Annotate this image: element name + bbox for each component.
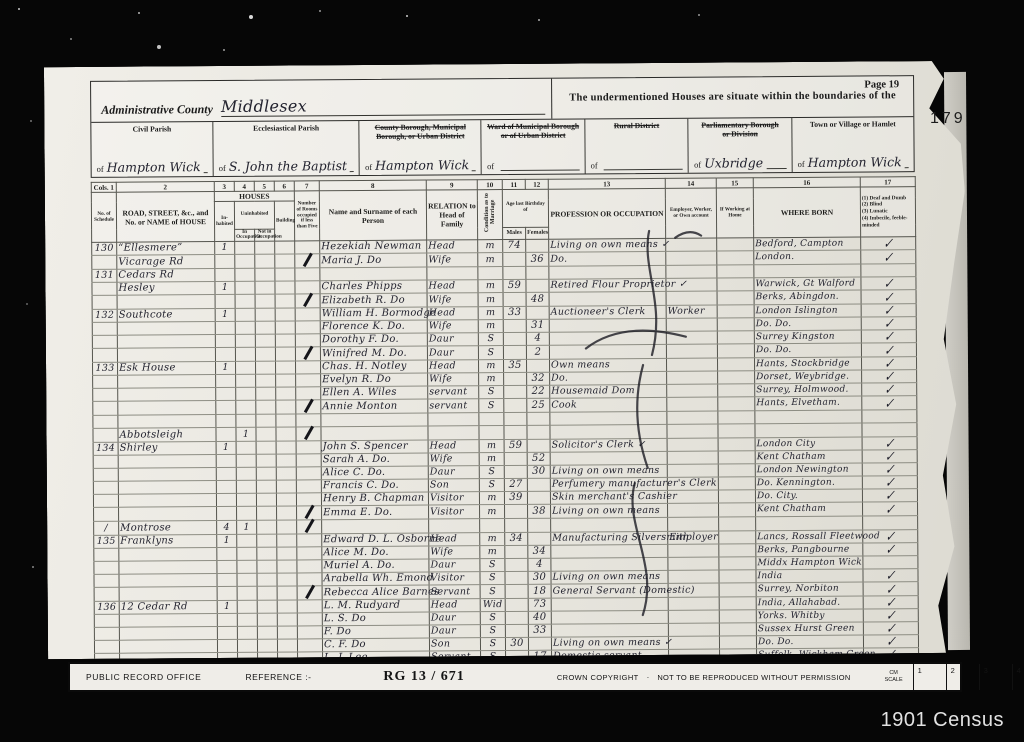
cell-m	[504, 425, 527, 439]
cell-un_occ	[237, 639, 257, 652]
cell-m	[503, 332, 526, 345]
cell-inh	[216, 427, 236, 441]
district-cell: Ecclesiastical ParishofS. John the Bapti…	[212, 121, 359, 176]
cell-rooms	[297, 613, 322, 626]
cell-sched	[94, 640, 119, 653]
cell-occ	[549, 318, 666, 332]
check-mark: ✓	[884, 382, 895, 396]
cell-road: Vicarage Rd	[117, 255, 215, 270]
cell-un_not	[257, 626, 277, 639]
header-uninhabited: Uninhabited	[234, 201, 274, 229]
district-of-label: of	[219, 163, 226, 173]
household-slash-mark	[303, 346, 313, 361]
cell-home	[717, 238, 754, 251]
cell-rooms	[295, 321, 320, 334]
cell-rel: Daur	[427, 333, 478, 346]
cell-bld	[276, 387, 296, 400]
cell-cond: S	[479, 399, 504, 413]
cell-tick	[862, 410, 917, 423]
cell-home	[718, 384, 755, 397]
cell-un_not	[256, 361, 276, 374]
cell-rel: Head	[429, 533, 480, 546]
cell-occ: Own means	[549, 358, 666, 372]
page-number: Page 19	[864, 79, 899, 90]
cell-name: Winifred M. Do.	[320, 346, 427, 361]
cell-un_not	[256, 454, 276, 467]
cell-rooms	[296, 454, 321, 467]
cell-emp	[666, 291, 717, 305]
cell-un_occ: 1	[236, 427, 256, 441]
cell-tick: ✓	[861, 343, 916, 357]
cell-m: 35	[503, 359, 526, 372]
cell-un_not	[255, 254, 275, 268]
cell-home	[719, 531, 756, 544]
cell-home	[719, 570, 756, 583]
cell-m	[504, 465, 527, 478]
cell-name: John S. Spencer	[321, 440, 428, 454]
cell-road	[119, 587, 217, 602]
cell-cond: Wid	[480, 599, 505, 612]
cell-m: 30	[505, 637, 528, 650]
cell-emp	[668, 517, 719, 531]
cell-emp	[668, 544, 719, 557]
cell-bld	[275, 308, 295, 321]
cell-un_not	[257, 560, 277, 573]
cell-cond: m	[479, 440, 504, 453]
cell-rooms	[295, 254, 320, 268]
cell-bld	[275, 281, 295, 294]
census-watermark: 1901 Census	[881, 709, 1004, 732]
cell-sched	[94, 561, 119, 574]
cell-sched	[92, 282, 117, 295]
cell-f: 73	[528, 598, 551, 611]
cell-inh	[216, 493, 236, 506]
cell-rel: Daur	[427, 346, 478, 360]
cell-f	[528, 518, 551, 532]
cell-road	[119, 507, 217, 522]
cell-rooms	[297, 506, 322, 520]
header-condition: Condition as to Marriage	[477, 190, 502, 240]
cell-f: 30	[527, 465, 550, 478]
cell-road: Shirley	[118, 442, 216, 456]
cell-sched	[93, 415, 118, 428]
cell-un_not	[257, 520, 277, 534]
cell-un_occ	[236, 441, 256, 454]
cell-cond: S	[480, 559, 505, 572]
cell-road	[119, 614, 217, 628]
cell-sched: 136	[94, 601, 119, 614]
cell-un_occ	[237, 534, 257, 547]
cell-sched	[93, 481, 118, 494]
reference-bar: PUBLIC RECORD OFFICE REFERENCE :- RG 13 …	[68, 662, 962, 692]
cell-occ: Auctioneer's Clerk	[549, 305, 666, 319]
cell-inh	[215, 268, 235, 281]
cell-un_not	[256, 414, 276, 427]
cell-emp	[666, 318, 717, 331]
cell-m	[504, 398, 527, 412]
cell-tick: ✓	[862, 383, 917, 396]
cell-rooms	[297, 626, 322, 639]
cell-inh	[215, 347, 235, 361]
cell-un_not	[255, 294, 275, 308]
cell-emp	[667, 438, 718, 451]
cell-rooms	[297, 586, 322, 600]
cell-bld	[276, 480, 296, 493]
district-cell: Town or Village or HamletofHampton Wick	[791, 117, 913, 172]
cell-un_occ	[237, 506, 257, 520]
cell-occ: Do.	[549, 251, 666, 266]
check-mark: ✓	[885, 488, 896, 502]
header-working-at-home: If Working at Home	[716, 188, 753, 238]
cell-emp	[668, 636, 719, 649]
cell-un_not	[255, 268, 275, 281]
cell-tick: ✓	[861, 304, 916, 317]
cell-emp	[668, 623, 719, 636]
cell-rel: Servant	[429, 585, 480, 599]
cell-un_occ	[237, 547, 257, 560]
cell-sched	[94, 548, 119, 561]
cell-cond: m	[478, 280, 503, 293]
cell-sched	[92, 255, 117, 269]
cell-un_occ	[235, 241, 255, 254]
scan-dust-specks	[18, 8, 20, 10]
cell-sched	[93, 375, 118, 388]
cell-name: Emma E. Do.	[322, 505, 429, 520]
cell-un_occ	[235, 294, 255, 308]
col-number-9: 9	[426, 180, 477, 190]
cell-home	[717, 278, 754, 291]
cell-occ	[551, 623, 668, 637]
cell-rel: Visitor	[429, 572, 480, 585]
reproduction-notice: NOT TO BE REPRODUCED WITHOUT PERMISSION	[657, 673, 850, 682]
crown-copyright-label: CROWN COPYRIGHT	[557, 673, 639, 682]
cell-m	[505, 598, 528, 611]
cell-rel: Daur	[428, 466, 479, 479]
cell-cond: m	[478, 307, 503, 320]
cell-bld	[275, 321, 295, 334]
cell-un_not	[257, 506, 277, 520]
cell-f	[526, 239, 549, 252]
cell-cond: S	[480, 572, 505, 585]
cell-cond: S	[478, 333, 503, 346]
cell-road: Abbotsleigh	[118, 428, 216, 443]
scale-box: 1	[914, 664, 947, 690]
cell-born: London.	[754, 250, 861, 265]
cell-f: 34	[528, 545, 551, 558]
cell-cond: S	[479, 386, 504, 399]
cell-rel: Wife	[427, 320, 478, 333]
cell-road	[117, 335, 215, 349]
cell-inh	[217, 626, 237, 639]
cell-name: Muriel A. Do.	[322, 559, 429, 573]
cell-f	[527, 478, 550, 491]
household-slash-mark	[305, 585, 315, 600]
cell-home	[718, 451, 755, 464]
cell-un_not	[257, 639, 277, 652]
cell-name: Evelyn R. Do	[321, 373, 428, 387]
header-schedule: No. of Schedule	[91, 192, 116, 242]
cell-rooms	[296, 400, 321, 414]
cell-un_not	[255, 281, 275, 294]
cell-home	[718, 411, 755, 424]
cell-occ	[549, 265, 666, 279]
cell-born: Sussex Hurst Green	[756, 622, 863, 636]
cell-rooms	[296, 414, 321, 427]
cell-cond: m	[478, 240, 503, 253]
district-cell: Rural Districtof	[584, 119, 688, 174]
cell-born: London City	[755, 437, 862, 451]
cell-un_not	[256, 480, 276, 493]
cell-born: Surrey, Norbiton	[756, 582, 863, 597]
cell-born: London Newington	[755, 463, 862, 477]
cell-emp	[667, 384, 718, 397]
cell-un_occ	[235, 281, 255, 294]
cell-cond	[480, 519, 505, 533]
cell-born: Surrey Kingston	[754, 330, 861, 344]
cell-un_not	[257, 586, 277, 600]
cell-un_occ	[237, 600, 257, 613]
cell-rooms	[295, 268, 320, 281]
cell-emp	[667, 371, 718, 384]
cell-emp	[668, 597, 719, 610]
cell-road	[117, 348, 215, 363]
cell-inh	[217, 573, 237, 586]
header-age: Age last Birthday of	[502, 189, 548, 227]
cell-m: 33	[503, 306, 526, 319]
cell-occ	[550, 424, 667, 439]
cell-m: 59	[503, 279, 526, 292]
cell-occ: Manufacturing Silversmith	[551, 531, 668, 545]
cell-bld	[277, 520, 297, 534]
cell-home	[717, 344, 754, 358]
cell-road	[118, 468, 216, 482]
check-mark: ✓	[883, 276, 894, 290]
cell-home	[719, 610, 756, 623]
cell-road	[117, 322, 215, 336]
cell-rel: servant	[428, 386, 479, 399]
district-label: Rural District	[588, 121, 685, 142]
cell-un_occ: 1	[237, 520, 257, 534]
cell-m	[503, 292, 526, 306]
cell-occ: Living on own means	[551, 503, 668, 518]
cell-sched	[94, 627, 119, 640]
scale-box: 4	[1013, 664, 1024, 690]
cell-name: Florence K. Do.	[320, 320, 427, 334]
census-table-head: Cols. 1234567891011121314151617 No. of S…	[91, 177, 915, 243]
cell-sched: 131	[92, 269, 117, 282]
cell-name: L. S. Do	[322, 612, 429, 626]
cell-tick: ✓	[861, 317, 916, 330]
district-cell: Civil ParishofHampton Wick	[91, 122, 212, 177]
cell-occ: Living on own means	[551, 570, 668, 584]
cell-cond: S	[480, 612, 505, 625]
cell-road: 12 Cedar Rd	[119, 601, 217, 615]
cell-occ	[549, 331, 666, 345]
cell-born: Do. Kennington.	[755, 476, 862, 490]
cell-tick	[862, 423, 917, 437]
cell-born: Middx Hampton Wick	[756, 556, 863, 570]
cell-bld	[275, 294, 295, 308]
cell-f	[527, 491, 550, 504]
cell-emp	[669, 649, 720, 662]
cell-un_occ	[237, 560, 257, 573]
cell-rooms	[297, 600, 322, 613]
cell-un_occ	[236, 414, 256, 427]
cell-born: Berks, Pangbourne	[756, 543, 863, 557]
cell-home	[718, 490, 755, 503]
cell-cond: S	[480, 585, 505, 599]
cell-tick: ✓	[861, 250, 916, 264]
cell-un_occ	[235, 321, 255, 334]
census-form: Administrative County Middlesex The unde…	[90, 75, 918, 694]
cell-bld	[277, 506, 297, 520]
cell-inh	[215, 321, 235, 334]
cell-tick: ✓	[863, 502, 918, 516]
district-cell: Ward of Municipal Boroughor of Urban Dis…	[481, 119, 585, 174]
cell-rooms	[295, 281, 320, 294]
cell-sched: /	[94, 521, 119, 535]
header-condition-text: Condition as to Marriage	[484, 190, 496, 234]
cell-rel: Head	[429, 599, 480, 612]
cell-bld	[277, 600, 297, 613]
cell-m	[504, 412, 527, 425]
cell-road: Montrose	[119, 521, 217, 536]
cell-emp	[668, 503, 719, 517]
cell-cond: S	[478, 346, 503, 360]
cell-f: 31	[526, 319, 549, 332]
cell-un_occ	[236, 454, 256, 467]
cell-cond: m	[480, 505, 505, 519]
cell-tick: ✓	[862, 396, 917, 410]
district-value: S. John the Baptist	[229, 160, 347, 173]
cell-sched	[92, 335, 117, 348]
cell-name: C. F. Do	[322, 638, 429, 652]
cell-inh	[216, 454, 236, 467]
cell-born: Do. Do.	[754, 317, 861, 331]
cell-sched	[92, 348, 117, 362]
cell-home	[719, 544, 756, 557]
cell-tick	[863, 556, 918, 569]
check-mark: ✓	[884, 396, 895, 410]
cell-rooms	[296, 361, 321, 374]
cell-sched	[94, 614, 119, 627]
cell-sched: 132	[92, 309, 117, 322]
cell-road	[118, 401, 216, 416]
cell-name: Ellen A. Wiles	[321, 386, 428, 400]
cell-emp: Employer	[668, 531, 719, 544]
cell-born	[754, 264, 861, 278]
cell-rooms	[296, 427, 321, 441]
cell-born: Kent Chatham	[755, 450, 862, 464]
cell-cond: m	[478, 253, 503, 267]
cell-cond	[479, 426, 504, 440]
cell-tick: ✓	[861, 357, 916, 370]
col-number-15: 15	[716, 178, 753, 188]
cell-rel: Visitor	[429, 505, 480, 519]
cell-emp	[667, 397, 718, 411]
cell-home	[718, 397, 755, 411]
cell-cond: m	[479, 492, 504, 505]
cell-sched	[94, 587, 119, 601]
cell-born: India, Allahabad.	[756, 596, 863, 610]
header-in-occupation: In Occupation	[235, 229, 255, 242]
header-employer: Employer, Worker, or Own account	[665, 188, 716, 238]
cell-tick: ✓	[863, 596, 918, 609]
cell-sched	[92, 295, 117, 309]
cell-tick: ✓	[861, 290, 916, 304]
cell-occ: Housemaid Dom	[550, 384, 667, 398]
cell-inh: 1	[216, 441, 236, 454]
cell-road	[119, 574, 217, 588]
cell-name: Dorothy F. Do.	[320, 333, 427, 347]
cell-home	[718, 424, 755, 438]
scale-box: 3	[980, 664, 1013, 690]
cell-f: 38	[528, 504, 551, 518]
district-of-label: of	[798, 159, 805, 169]
cell-name: William H. Bormodge	[320, 307, 427, 321]
cell-home	[717, 291, 754, 305]
cell-sched: 134	[93, 442, 118, 455]
cm-scale-label: CM SCALE	[885, 670, 903, 683]
col-number-7: 7	[294, 181, 319, 191]
household-slash-mark	[303, 293, 313, 308]
cell-born: Dorset, Weybridge.	[755, 370, 862, 384]
cell-f	[526, 306, 549, 319]
cell-home	[718, 464, 755, 477]
cell-emp	[667, 411, 718, 424]
check-mark: ✓	[884, 329, 895, 343]
census-sheet: Administrative County Middlesex The unde…	[44, 61, 968, 659]
household-slash-mark	[303, 399, 313, 414]
reference-label: REFERENCE :-	[245, 672, 311, 682]
cell-occ: Solicitor's Clerk ✓	[550, 438, 667, 452]
cell-un_occ	[236, 400, 256, 414]
cell-road	[119, 561, 217, 575]
header-males: Males	[503, 227, 526, 240]
cell-road	[118, 481, 216, 495]
cell-name: Hezekiah Newman	[320, 240, 427, 254]
cell-home	[718, 371, 755, 384]
cell-rooms	[295, 294, 320, 308]
col-number-10: 10	[477, 180, 502, 190]
cell-un_not	[257, 547, 277, 560]
col-number-12: 12	[525, 179, 548, 189]
cell-road: Hesley	[117, 282, 215, 296]
district-label: Town or Village or Hamlet	[795, 119, 910, 140]
district-header-row: Civil ParishofHampton WickEcclesiastical…	[91, 116, 913, 177]
cell-home	[719, 623, 756, 636]
cell-born: Bedford, Campton	[754, 237, 861, 251]
district-value: Hampton Wick	[808, 156, 902, 169]
cell-name: Rebecca Alice Barnes	[322, 585, 429, 600]
cell-home	[717, 358, 754, 371]
cell-cond: S	[479, 466, 504, 479]
cell-sched	[94, 574, 119, 587]
header-relation: RELATION to Head of Family	[426, 190, 477, 240]
cell-rooms	[296, 493, 321, 506]
cell-f	[528, 532, 551, 545]
public-record-office-label: PUBLIC RECORD OFFICE	[86, 672, 201, 682]
cell-emp	[666, 358, 717, 371]
cell-m	[503, 252, 526, 266]
cell-inh	[217, 639, 237, 652]
cell-road	[117, 295, 215, 310]
cell-tick: ✓	[862, 489, 917, 502]
cell-un_not	[255, 347, 275, 361]
cell-rooms	[295, 347, 320, 361]
cell-f	[526, 359, 549, 372]
cell-emp	[667, 451, 718, 464]
